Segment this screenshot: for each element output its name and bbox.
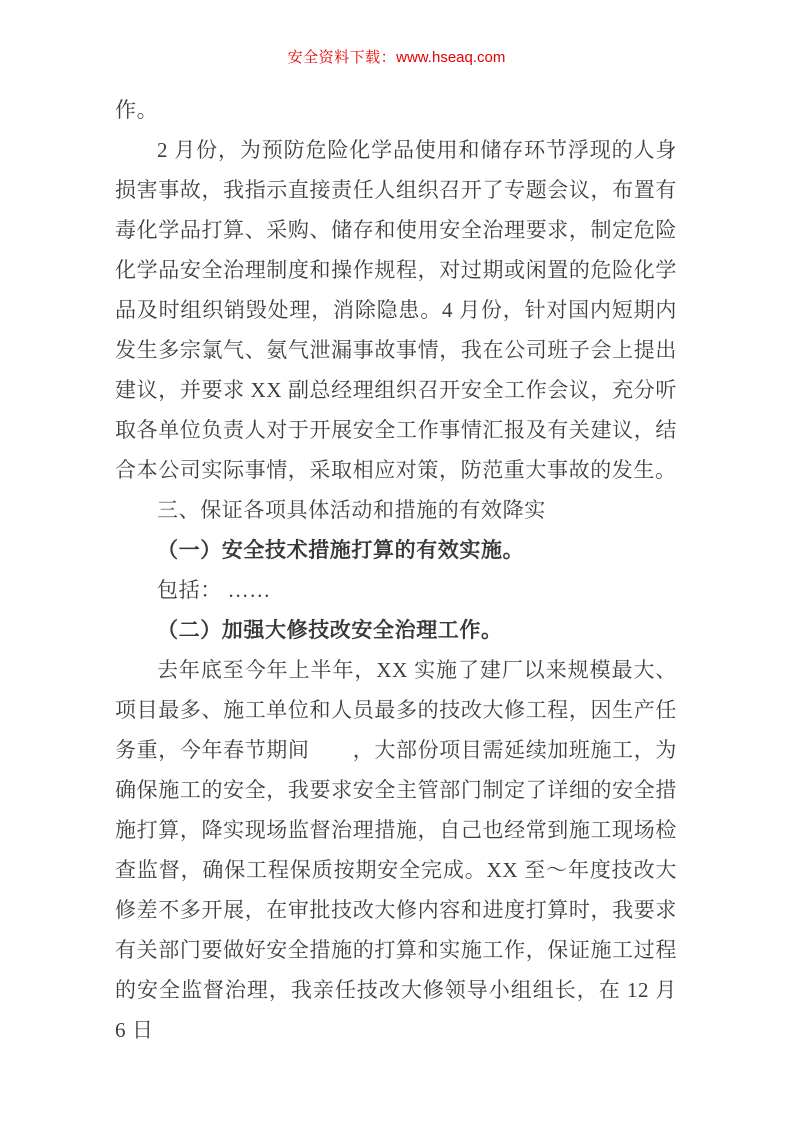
download-banner-label: 安全资料下载：: [288, 49, 397, 66]
subsection-heading-two: （二）加强大修技改安全治理工作。: [115, 610, 677, 650]
download-banner-url: www.hseaq.com: [396, 49, 505, 66]
document-body: 作。 2 月份，为预防危险化学品使用和储存环节浮现的人身损害事故，我指示直接责任…: [115, 90, 677, 1050]
section-heading-three: 三、保证各项具体活动和措施的有效降实: [115, 490, 677, 530]
paragraph-february-safety: 2 月份，为预防危险化学品使用和储存环节浮现的人身损害事故，我指示直接责任人组织…: [115, 130, 677, 490]
paragraph-include-ellipsis: 包括： ……: [115, 570, 677, 610]
download-banner: 安全资料下载：www.hseaq.com: [0, 48, 793, 68]
paragraph-overhaul-projects: 去年底至今年上半年，XX 实施了建厂以来规模最大、项目最多、施工单位和人员最多的…: [115, 650, 677, 1050]
subsection-heading-one: （一）安全技术措施打算的有效实施。: [115, 530, 677, 570]
paragraph-continuation: 作。: [115, 90, 677, 130]
document-page: 安全资料下载：www.hseaq.com 作。 2 月份，为预防危险化学品使用和…: [0, 0, 793, 1122]
